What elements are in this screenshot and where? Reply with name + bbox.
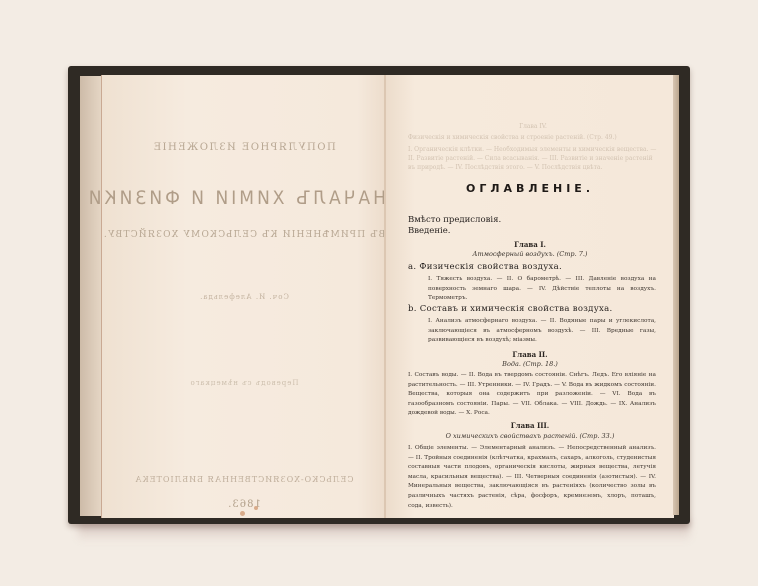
page-stack-right-edge: [673, 75, 679, 515]
chapter-1-heading: Глава I.: [386, 240, 674, 249]
showthrough-line-3: ВЪ ПРИМѢНЕНІИ КЪ СЕЛЬСКОМУ ХОЗЯЙСТВУ.: [102, 230, 386, 240]
section-a-label: a. Физическія свойства воздуха.: [408, 262, 562, 272]
left-page: ПОПУЛЯРНОЕ ИЗЛОЖЕНІЕ НАЧАЛЪ ХИМІИ И ФИЗИ…: [101, 75, 386, 518]
showthrough-text: I. Органическія клѣтки. — Необходимыя эл…: [408, 145, 658, 172]
right-page: Глава IV. Физическія и химическія свойст…: [386, 75, 674, 518]
foxing-stain: [240, 511, 245, 516]
section-a-text: I. Тяжесть воздуха. — II. О барометрѣ. —…: [428, 275, 656, 304]
section-b-label: b. Составъ и химическія свойства воздуха…: [408, 304, 612, 314]
chapter-1-subtitle: Атмосферный воздухъ. (Стр. 7.): [386, 250, 674, 258]
showthrough-author: Соч. И. Алефельда.: [102, 293, 386, 301]
toc-entry-preface: Вмѣсто предисловія.: [408, 215, 501, 225]
chapter-2-heading: Глава II.: [386, 350, 674, 359]
showthrough-year: 1863.: [102, 499, 386, 510]
showthrough-title: НАЧАЛЪ ХИМІИ И ФИЗИКИ: [102, 187, 386, 209]
chapter-3-text: I. Общіе элементы. — Элементарный анализ…: [408, 444, 656, 511]
foxing-stain: [254, 506, 258, 510]
chapter-3-heading: Глава III.: [386, 421, 674, 430]
toc-title: ОГЛАВЛЕНІЕ.: [386, 182, 674, 195]
showthrough-line-1: ПОПУЛЯРНОЕ ИЗЛОЖЕНІЕ: [102, 142, 386, 153]
toc-entry-introduction: Введеніе.: [408, 226, 450, 236]
page-stack-left-edge: [80, 76, 102, 516]
chapter-2-subtitle: Вода. (Стр. 18.): [386, 360, 674, 368]
showthrough-translation: Переводъ съ нѣмецкаго: [102, 379, 386, 387]
showthrough-series: СЕЛЬСКО-ХОЗЯЙСТВЕННАЯ БИБЛІОТЕКА: [102, 475, 386, 484]
showthrough-heading: Глава IV.: [408, 122, 658, 131]
chapter-2-text: I. Составъ воды. — II. Вода въ твердомъ …: [408, 371, 656, 419]
chapter-3-subtitle: О химическихъ свойствахъ растеній. (Стр.…: [386, 432, 674, 440]
showthrough-sub: Физическія и химическія свойства и строе…: [408, 133, 658, 142]
section-b-text: I. Анализъ атмосфернаго воздуха. — II. В…: [428, 317, 656, 346]
